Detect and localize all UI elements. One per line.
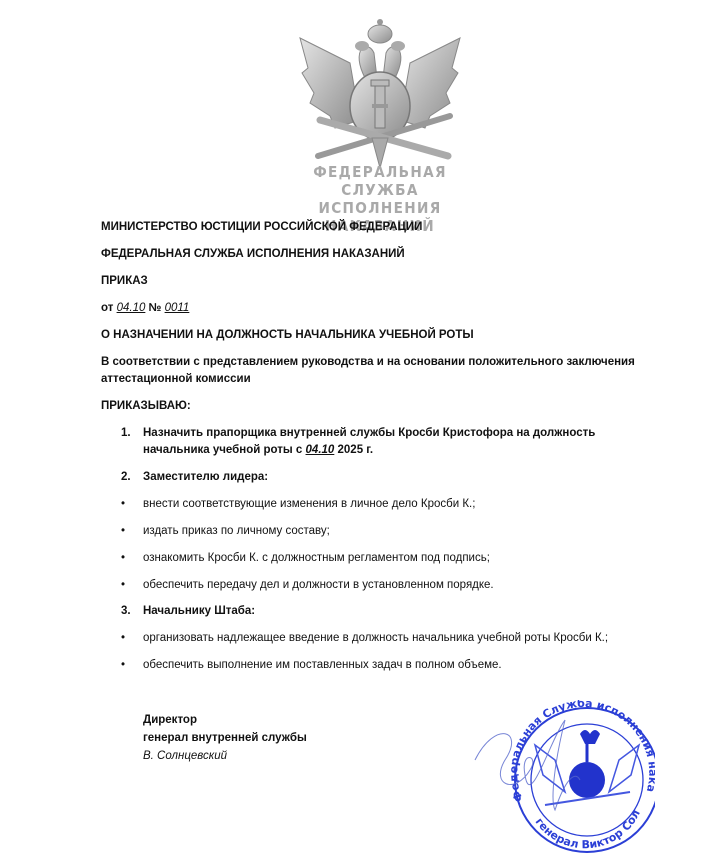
bullet-text: ознакомить Кросби К. с должностным регла… [143,552,490,564]
item-line2-suffix: 2025 г. [338,444,374,456]
signer-title: Директор [143,711,307,729]
item-text-line1: Назначить прапорщика внутренней службы К… [143,427,595,439]
item-text-line2: начальника учебной роты с 04.10 2025 г. [143,444,373,456]
item-title: Заместителю лидера: [143,471,268,483]
bullet-text: издать приказ по личному составу; [143,525,330,537]
order-word: ПРИКАЗЫВАЮ: [101,400,191,412]
stamp-outer-text: Федеральная Служба исполнения наказаний [455,700,655,804]
signer-rank: генерал внутренней службы [143,729,307,747]
order-date: 04.10 [117,302,146,314]
bullet-icon: • [121,579,125,591]
emblem-caption-line1: ФЕДЕРАЛЬНАЯ СЛУЖБА [288,163,473,199]
bullet-text: обеспечить передачу дел и должности в ус… [143,579,494,591]
bullet-text: организовать надлежащее введение в должн… [143,632,608,644]
bullet-text: обеспечить выполнение им поставленных за… [143,659,502,671]
order-number: 0011 [165,302,190,314]
order-subject: О НАЗНАЧЕНИИ НА ДОЛЖНОСТЬ НАЧАЛЬНИКА УЧЕ… [101,329,474,341]
signature-block: Директор генерал внутренней службы В. Со… [143,711,307,765]
number-sign: № [149,302,162,314]
preamble-line2: аттестационной комиссии [101,373,251,385]
preamble-line1: В соответствии с представлением руководс… [101,356,635,368]
date-prefix: от [101,302,113,314]
item-number: 1. [121,427,131,439]
official-seal-stamp-icon: Федеральная Служба исполнения наказаний … [455,700,655,856]
bullet-icon: • [121,632,125,644]
item-line2-prefix: начальника учебной роты с [143,444,302,456]
bullet-icon: • [121,659,125,671]
order-date-number: от 04.10 № 0011 [101,302,189,314]
item-number: 2. [121,471,131,483]
bullet-icon: • [121,552,125,564]
service-heading: ФЕДЕРАЛЬНАЯ СЛУЖБА ИСПОЛНЕНИЯ НАКАЗАНИЙ [101,248,405,260]
signer-name: В. Солнцевский [143,747,307,765]
bullet-text: внести соответствующие изменения в лично… [143,498,475,510]
doc-type: ПРИКАЗ [101,275,148,287]
ministry-heading: МИНИСТЕРСТВО ЮСТИЦИИ РОССИЙСКОЙ ФЕДЕРАЦИ… [101,221,422,233]
bullet-icon: • [121,525,125,537]
svg-text:Федеральная Служба исполнения: Федеральная Служба исполнения наказаний [455,700,655,804]
bullet-icon: • [121,498,125,510]
item-number: 3. [121,605,131,617]
item-title: Начальнику Штаба: [143,605,255,617]
item-line2-date: 04.10 [306,444,335,456]
